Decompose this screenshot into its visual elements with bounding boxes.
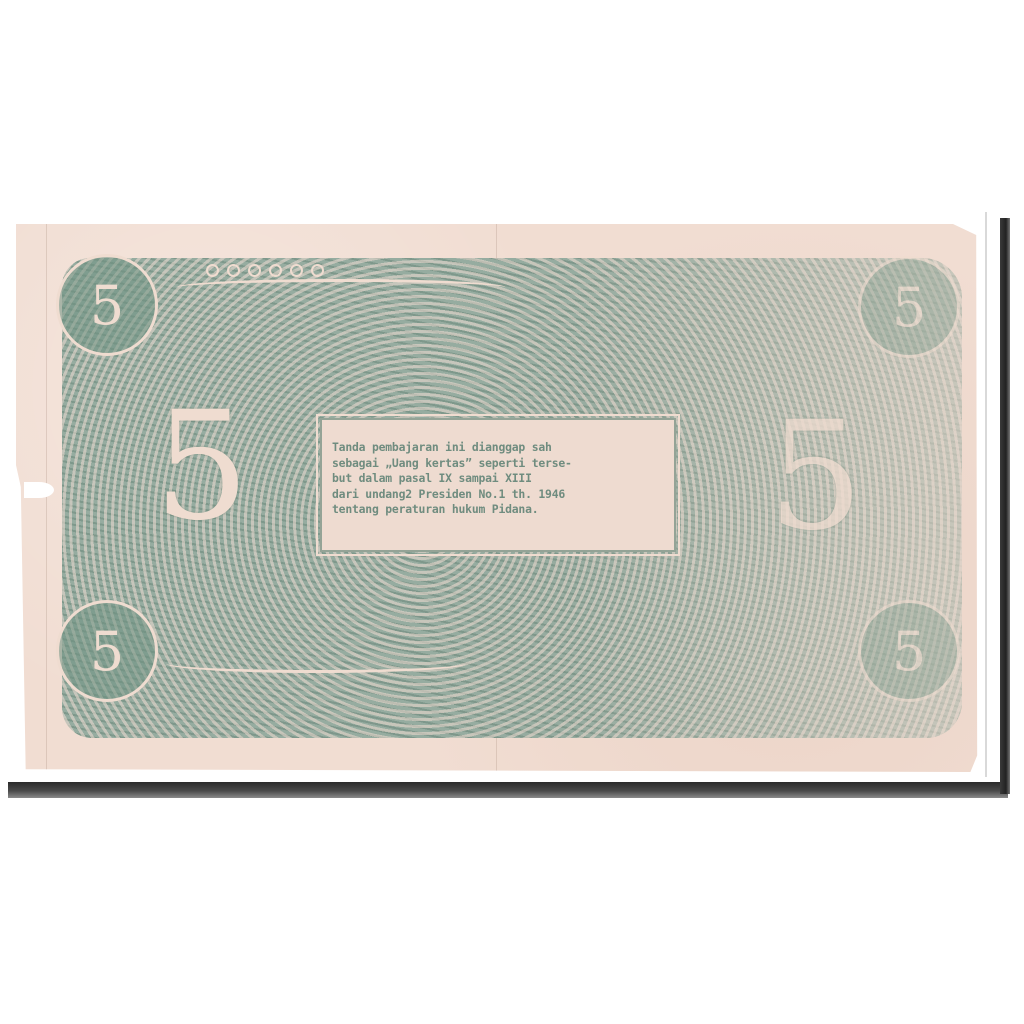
banknote: 5 5 5 5 5 5 Tanda pembajaran ini diangga… <box>16 224 982 772</box>
legal-text-line: sebagai „Uang kertas” seperti terse- <box>332 456 666 472</box>
scan-edge <box>985 212 987 777</box>
corner-numeral: 5 <box>892 276 926 339</box>
bottom-scroll-ornament <box>166 654 466 673</box>
denomination-numeral-left: 5 <box>154 392 249 542</box>
corner-numeral: 5 <box>90 274 124 337</box>
legal-text-line: dari undang2 Presiden No.1 th. 1946 <box>332 487 666 503</box>
photo-shadow-bottom <box>8 782 1008 798</box>
fold-line <box>46 224 47 772</box>
legal-text-line: tentang peraturan hukum Pidana. <box>332 502 666 518</box>
corner-medallion-bottom-right: 5 <box>858 600 960 702</box>
corner-medallion-top-right: 5 <box>858 256 960 358</box>
corner-medallion-bottom-left: 5 <box>56 600 158 702</box>
corner-numeral: 5 <box>892 620 926 683</box>
corner-medallion-top-left: 5 <box>56 254 158 356</box>
paper-tear <box>24 482 54 498</box>
top-scroll-ornament <box>176 279 506 296</box>
denomination-numeral-right: 5 <box>768 402 863 552</box>
legal-text-line: Tanda pembajaran ini dianggap sah <box>332 440 666 456</box>
bead-ornament <box>206 264 324 277</box>
legal-text-line: but dalam pasal IX sampai XIII <box>332 471 666 487</box>
legal-text-box: Tanda pembajaran ini dianggap sah sebaga… <box>320 418 676 552</box>
corner-numeral: 5 <box>90 620 124 683</box>
photo-shadow-right <box>1000 218 1010 794</box>
